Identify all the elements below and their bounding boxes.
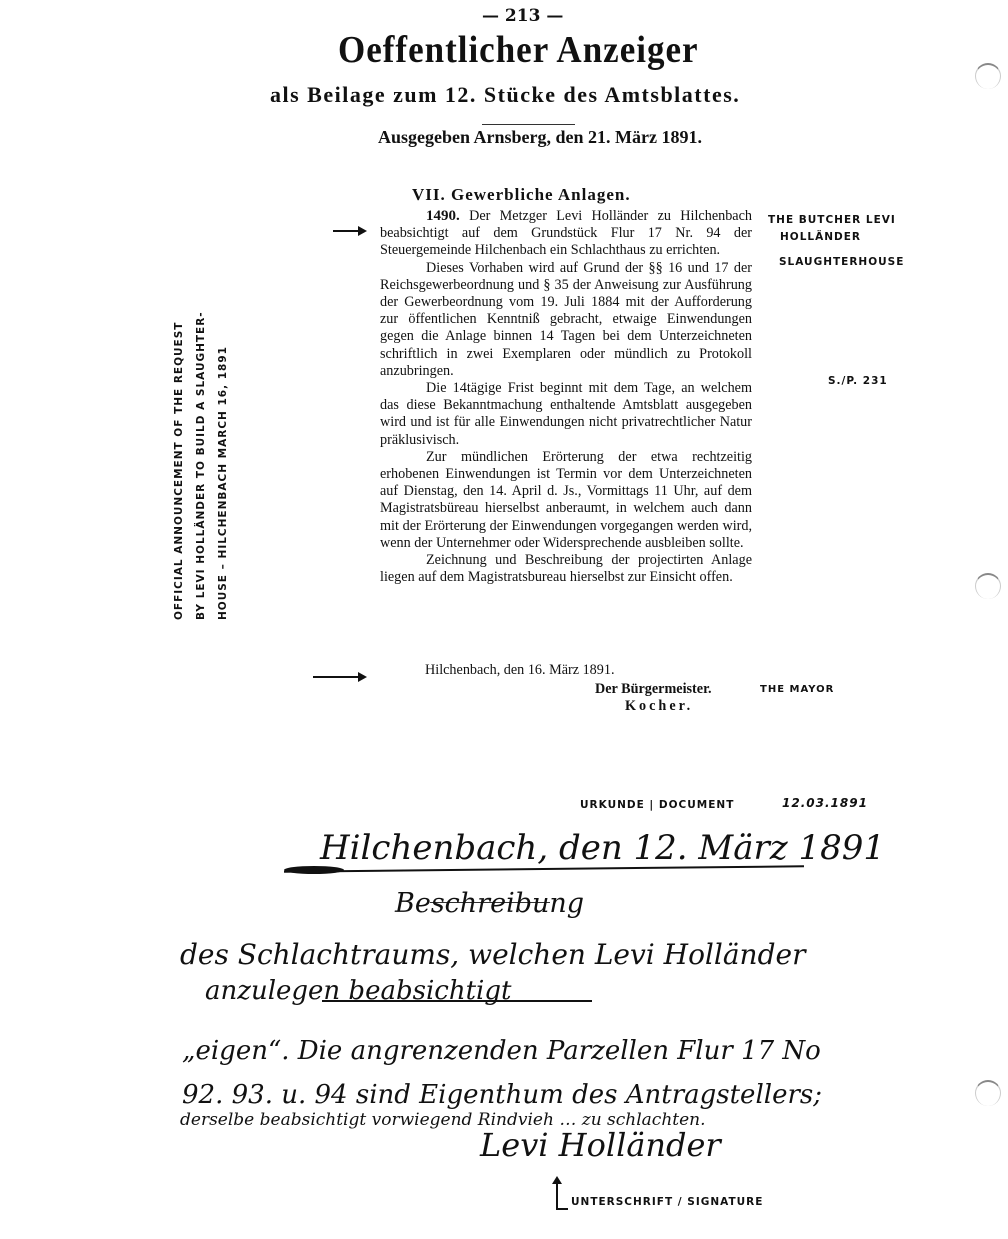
punch-hole	[975, 1080, 1001, 1106]
handwritten-line: 92. 93. u. 94 sind Eigenthum des Antrags…	[182, 1080, 822, 1110]
margin-note: Official announcement of the request by …	[168, 311, 234, 620]
section-heading: VII. Gewerbliche Anlagen.	[412, 185, 631, 205]
notice-number: 1490.	[426, 208, 460, 224]
arrow-right-icon	[313, 676, 365, 678]
signature-label: Unterschrift / Signature	[571, 1196, 763, 1208]
arrow-right-icon	[333, 230, 365, 232]
underline	[322, 1000, 592, 1002]
notice-paragraph: Zeichnung und Beschreibung der projectir…	[380, 552, 752, 586]
notice-paragraph: Dieses Vorhaben wird auf Grund der §§ 16…	[380, 260, 752, 380]
punch-hole	[975, 573, 1001, 599]
annotation-page-ref: S./P. 231	[828, 375, 888, 387]
margin-note-line: house – Hilchenbach March 16, 1891	[212, 311, 234, 620]
notice-paragraph: Zur mündlichen Erörterung der etwa recht…	[380, 449, 752, 552]
document-label: Urkunde | Document	[580, 799, 734, 811]
issue-line: Ausgegeben Arnsberg, den 21. März 1891.	[378, 127, 702, 148]
gazette-subtitle: als Beilage zum 12. Stücke des Amtsblatt…	[270, 82, 740, 108]
document-date: 12.03.1891	[782, 796, 868, 810]
handwritten-title: Beschreibung	[395, 888, 584, 919]
handwritten-line: „eigen“. Die angrenzenden Parzellen Flur…	[182, 1036, 821, 1066]
annotation-mayor: The mayor	[760, 684, 834, 695]
handwritten-signature: Levi Holländer	[480, 1126, 721, 1164]
notice-body: 1490. Der Metzger Levi Holländer zu Hilc…	[380, 208, 752, 586]
annotation-slaughterhouse: Slaughterhouse	[779, 256, 904, 268]
handwritten-line: des Schlachtraums, welchen Levi Hollände…	[180, 938, 805, 971]
page-number: — 213 —	[482, 6, 563, 26]
punch-hole	[975, 63, 1001, 89]
divider	[482, 124, 575, 125]
signer-name: Kocher.	[625, 698, 693, 715]
notice-paragraph: Die 14tägige Frist beginnt mit dem Tage,…	[380, 380, 752, 449]
notice-place-date: Hilchenbach, den 16. März 1891.	[425, 662, 615, 679]
notice-paragraph: 1490. Der Metzger Levi Holländer zu Hilc…	[380, 208, 752, 260]
margin-note-line: by Levi Holländer to build a slaughter-	[190, 311, 212, 620]
margin-note-line: Official announcement of the request	[168, 311, 190, 620]
arrow-up-icon	[556, 1182, 558, 1210]
handwritten-heading: Hilchenbach, den 12. März 1891	[320, 828, 885, 868]
annotation-line: The butcher Levi	[768, 212, 896, 229]
gazette-title: Oeffentlicher Anzeiger	[338, 28, 699, 72]
signer-title: Der Bürgermeister.	[595, 681, 712, 698]
annotation-line: Holländer	[768, 229, 896, 246]
annotation-butcher: The butcher Levi Holländer	[768, 212, 896, 246]
arrow-stem	[556, 1208, 568, 1210]
